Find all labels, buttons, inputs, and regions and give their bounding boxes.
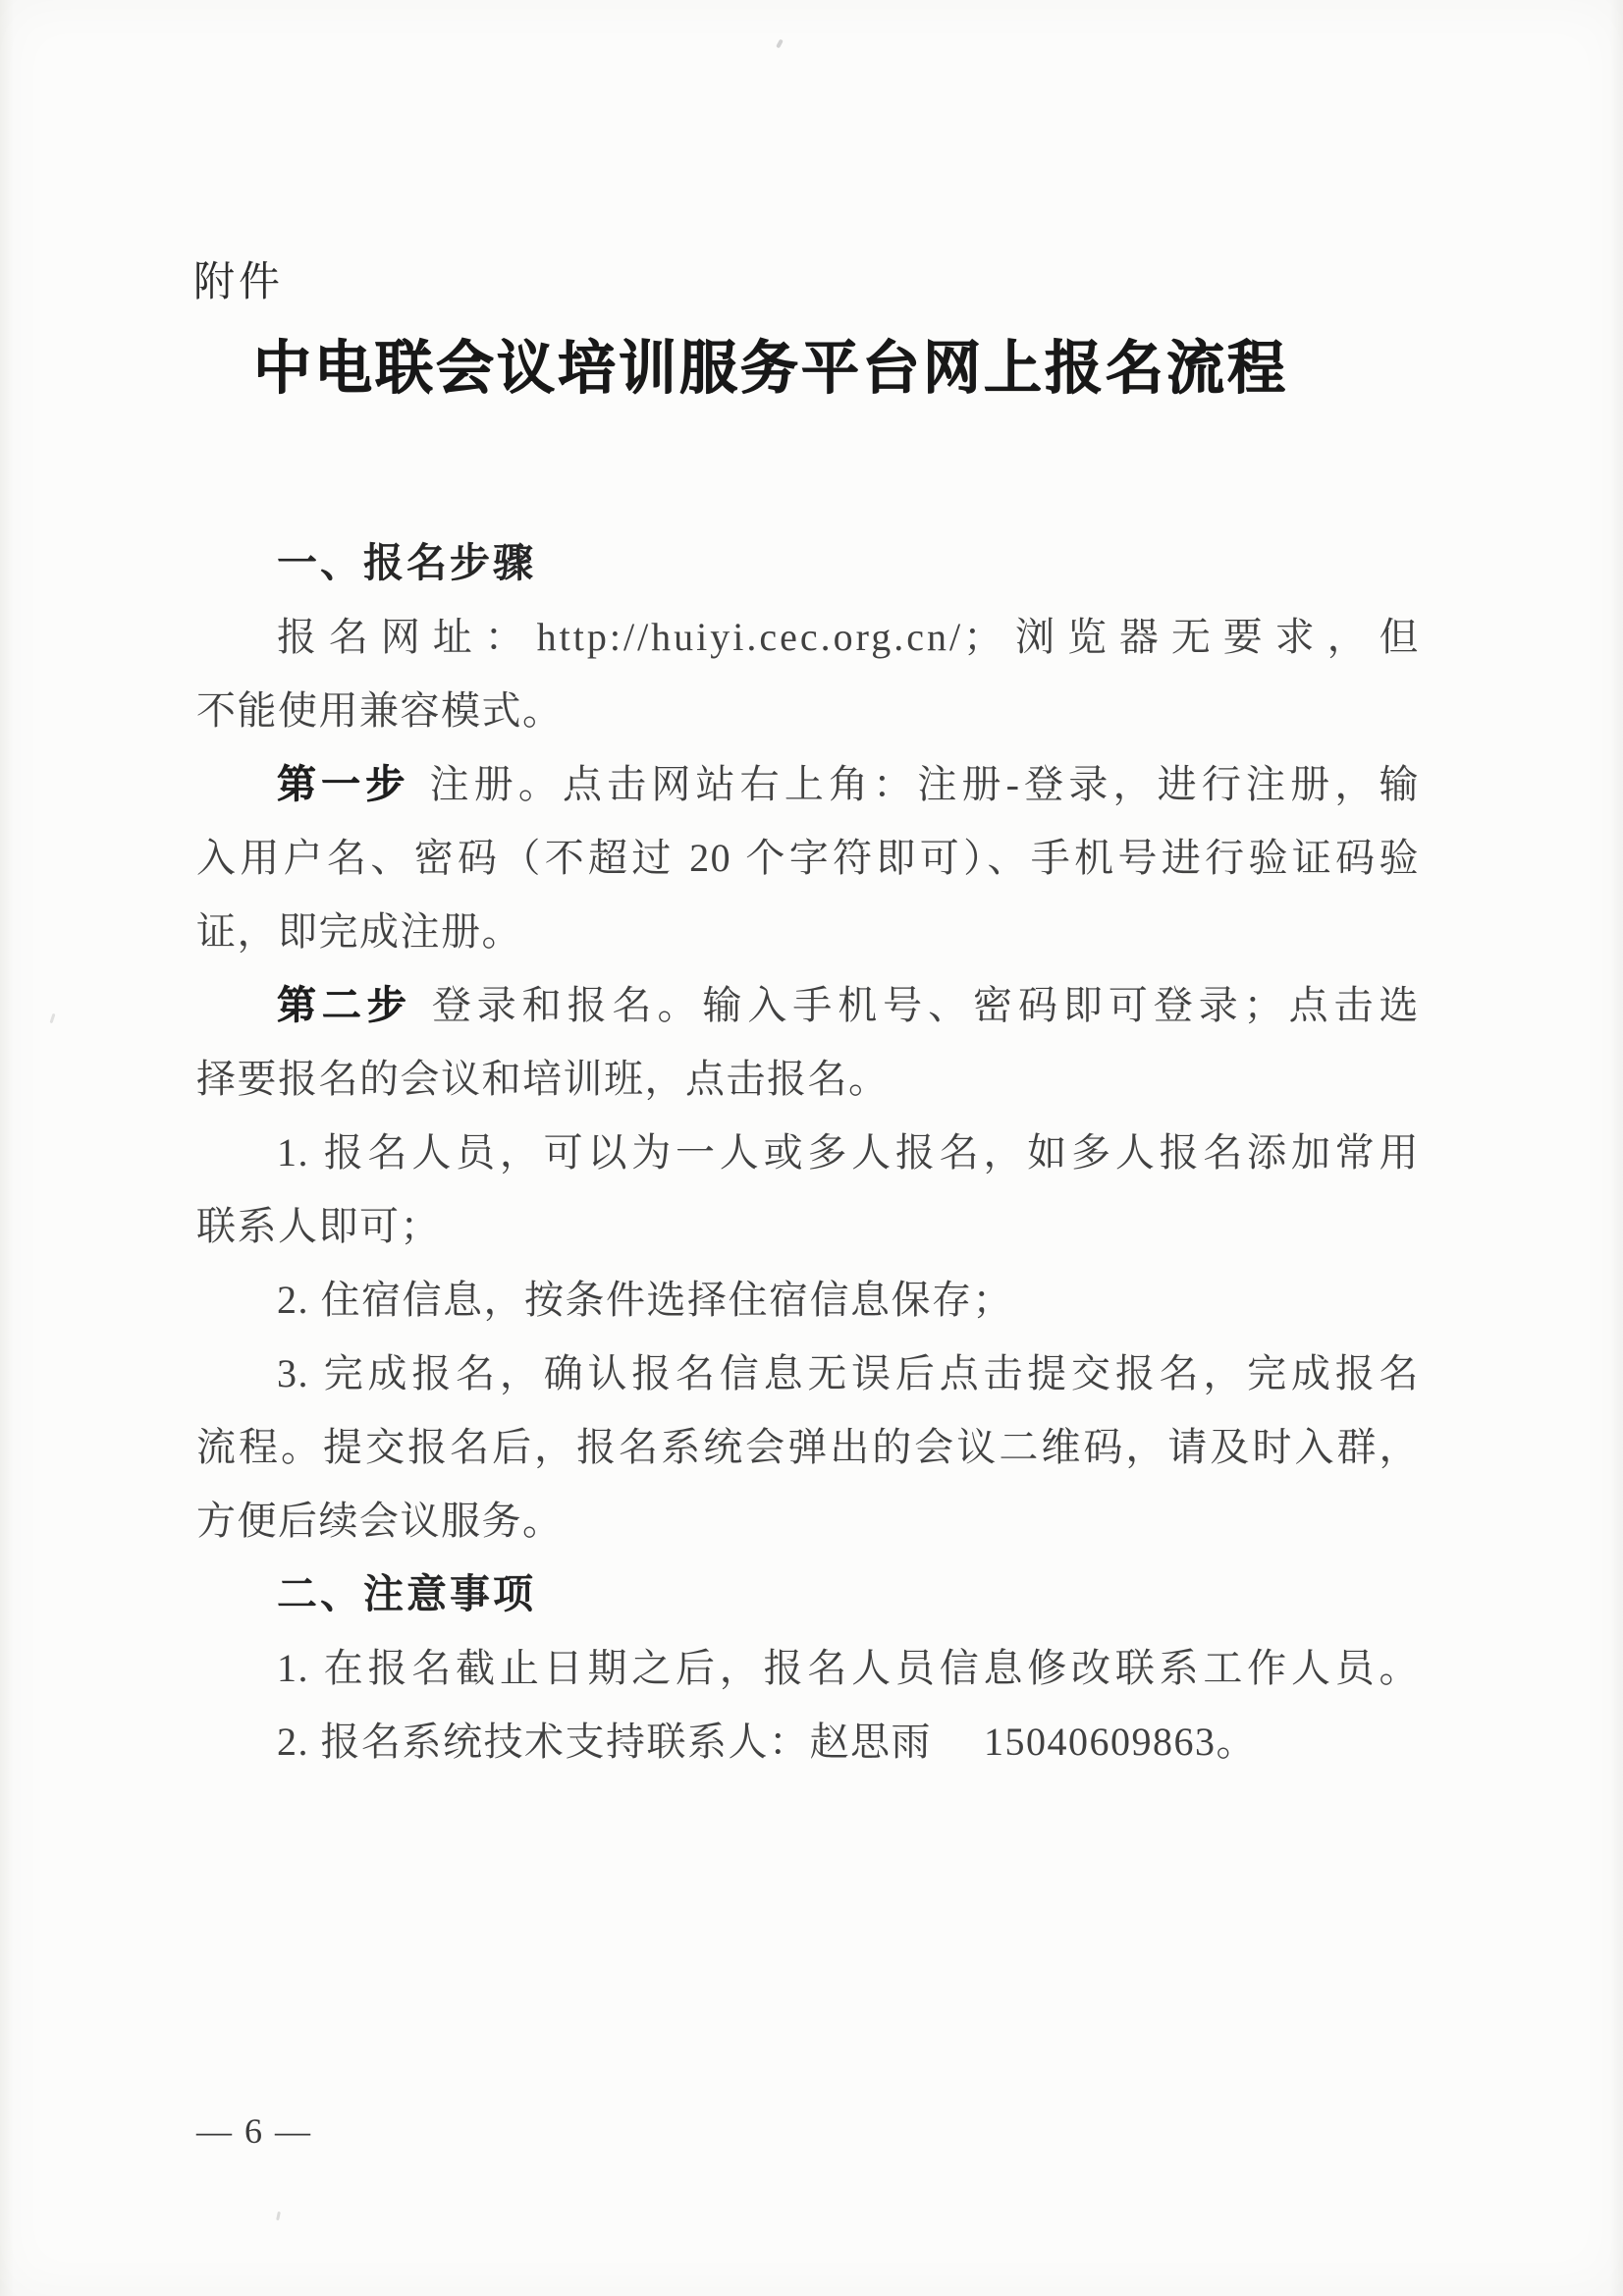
list-item3-line-2: 流程。提交报名后，报名系统会弹出的会议二维码，请及时入群， xyxy=(196,1410,1420,1484)
list-item3-line-1: 3. 完成报名，确认报名信息无误后点击提交报名，完成报名 xyxy=(196,1337,1420,1410)
step2-label: 第二步 xyxy=(277,983,412,1027)
attachment-label: 附件 xyxy=(193,253,284,312)
scan-speck xyxy=(276,2212,281,2220)
section2-heading: 二、注意事项 xyxy=(196,1558,1420,1631)
step1-line-2: 入用户名、密码（不超过 20 个字符即可）、手机号进行验证码验 xyxy=(196,821,1420,895)
intro-prefix: 报名网址： xyxy=(277,615,537,659)
section1-heading: 一、报名步骤 xyxy=(196,526,1420,600)
document-title: 中电联会议培训服务平台网上报名流程 xyxy=(157,324,1384,412)
intro-line-1: 报名网址：http://huiyi.cec.org.cn/；浏览器无要求，但 xyxy=(196,600,1420,674)
step2-text: 登录和报名。输入手机号、密码即可登录；点击选 xyxy=(432,983,1420,1027)
registration-url: http://huiyi.cec.org.cn/ xyxy=(537,615,964,659)
step1-text: 注册。点击网站右上角：注册-登录，进行注册，输 xyxy=(430,762,1421,806)
notes-item2: 2. 报名系统技术支持联系人：赵思雨 15040609863。 xyxy=(196,1705,1420,1778)
step1-label: 第一步 xyxy=(277,762,410,806)
intro-line-2: 不能使用兼容模式。 xyxy=(196,674,1420,747)
page-number: — 6 — xyxy=(196,2109,312,2153)
list-item1-line-1: 1. 报名人员，可以为一人或多人报名，如多人报名添加常用 xyxy=(196,1116,1420,1189)
scanned-document-page: 附件 中电联会议培训服务平台网上报名流程 一、报名步骤 报名网址：http://… xyxy=(0,0,1623,2296)
list-item2: 2. 住宿信息，按条件选择住宿信息保存； xyxy=(196,1263,1420,1337)
scan-speck xyxy=(50,1013,56,1023)
scan-speck xyxy=(776,39,784,49)
step1-line-3: 证，即完成注册。 xyxy=(196,895,1420,968)
step1-line-1: 第一步注册。点击网站右上角：注册-登录，进行注册，输 xyxy=(196,747,1420,821)
list-item1-line-2: 联系人即可； xyxy=(196,1189,1420,1263)
notes-item1: 1. 在报名截止日期之后，报名人员信息修改联系工作人员。 xyxy=(196,1631,1420,1705)
document-body: 一、报名步骤 报名网址：http://huiyi.cec.org.cn/；浏览器… xyxy=(196,526,1420,1778)
step2-line-2: 择要报名的会议和培训班，点击报名。 xyxy=(196,1042,1420,1116)
intro-suffix: ；浏览器无要求，但 xyxy=(963,615,1420,659)
list-item3-line-3: 方便后续会议服务。 xyxy=(196,1484,1420,1558)
step2-line-1: 第二步登录和报名。输入手机号、密码即可登录；点击选 xyxy=(196,968,1420,1042)
